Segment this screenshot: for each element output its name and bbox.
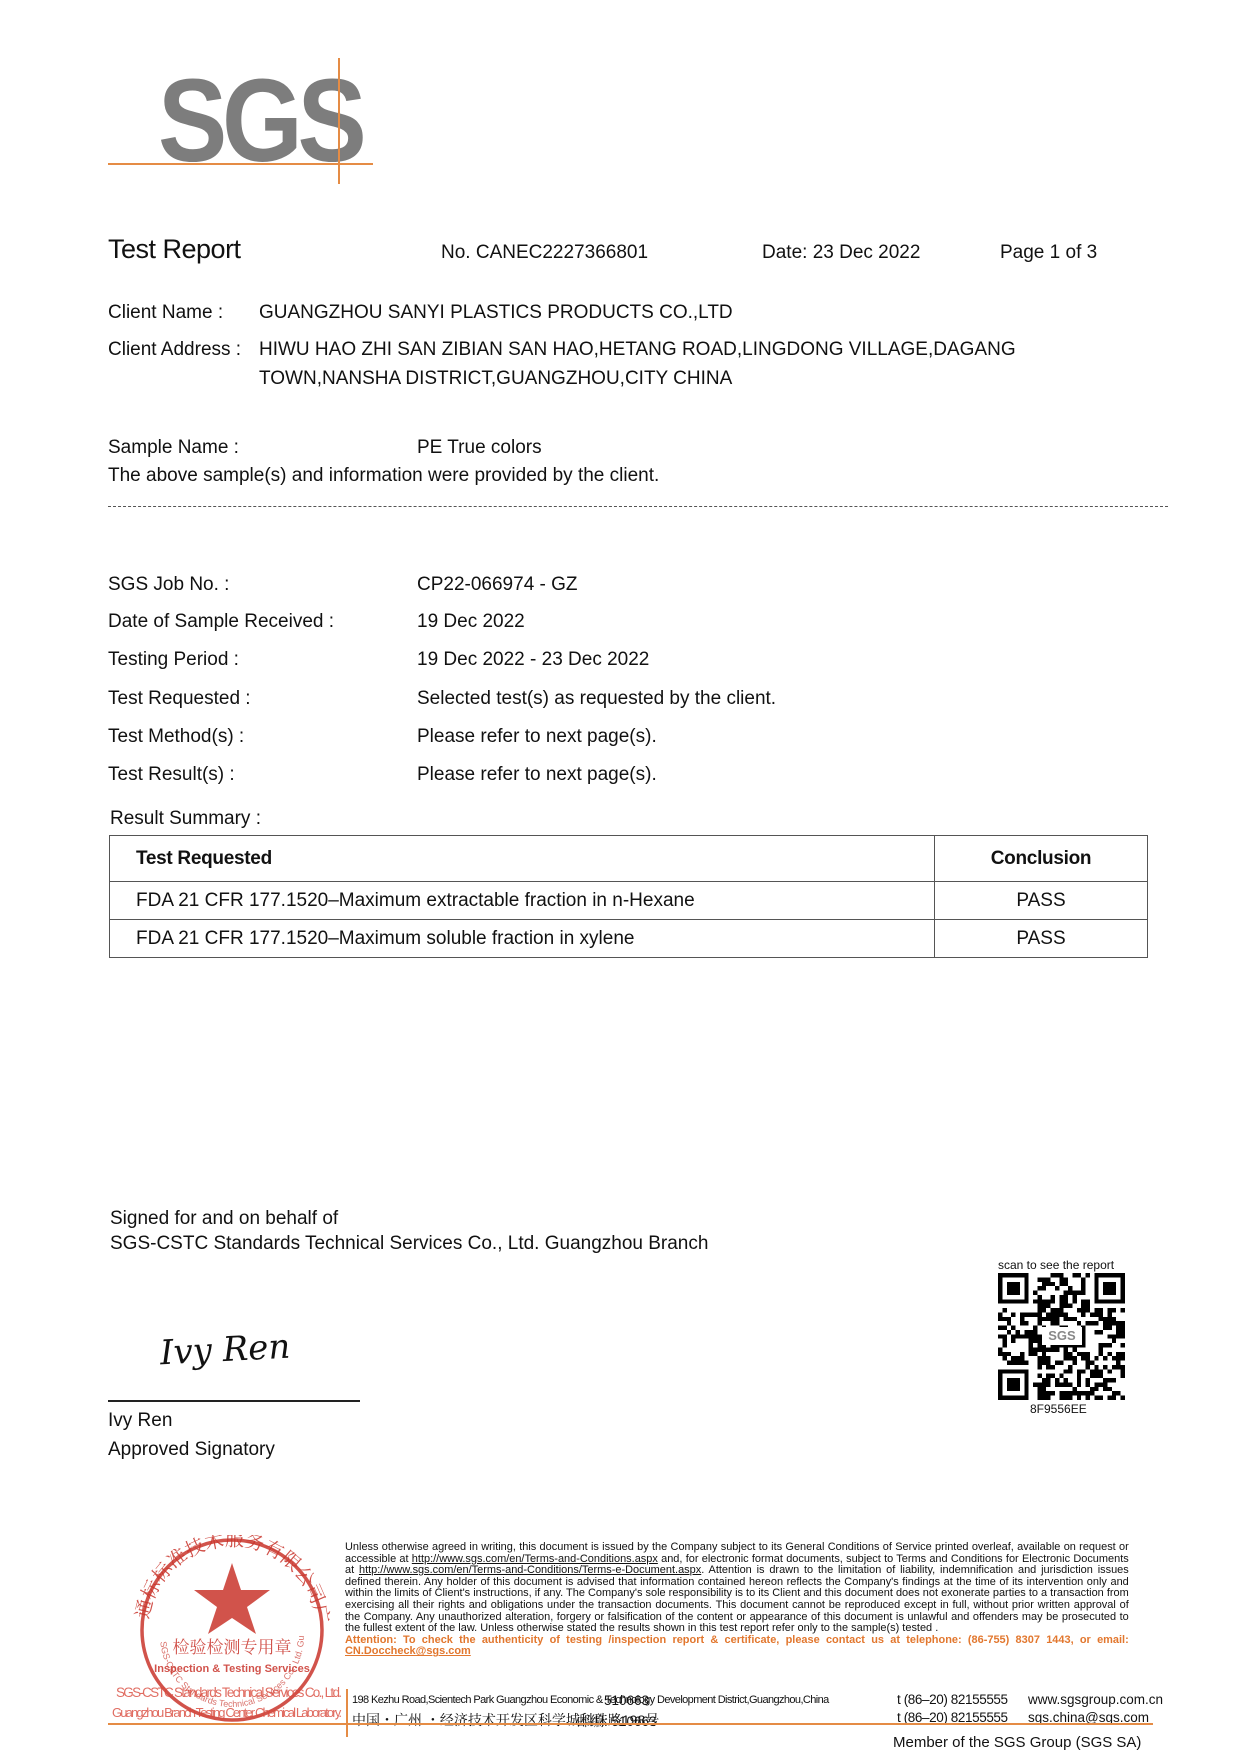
- stamp-line1: SGS-CSTC Standards Technical Services Co…: [116, 1685, 342, 1700]
- testing-period-value: 19 Dec 2022 - 23 Dec 2022: [417, 649, 649, 672]
- test-cell: FDA 21 CFR 177.1520–Maximum soluble frac…: [110, 920, 935, 958]
- qr-code-id: 8F9556EE: [1030, 1402, 1087, 1416]
- website[interactable]: www.sgsgroup.com.cn: [1028, 1692, 1163, 1707]
- signatory-name: Ivy Ren: [108, 1410, 172, 1433]
- testing-period-label: Testing Period :: [108, 649, 239, 672]
- official-stamp: 通标标准技术服务有限公司广州分公司 检验检测专用章 Inspection & T…: [110, 1535, 345, 1725]
- date-received-value: 19 Dec 2022: [417, 611, 525, 634]
- postcode-en: 510663: [604, 1693, 649, 1708]
- e-document-terms-link[interactable]: http://www.sgs.com/en/Terms-and-Conditio…: [359, 1564, 701, 1576]
- client-address-line2: TOWN,NANSHA DISTRICT,GUANGZHOU,CITY CHIN…: [259, 368, 732, 391]
- column-header-conclusion: Conclusion: [935, 836, 1148, 882]
- stamp-center-cn: 检验检测专用章: [173, 1637, 292, 1658]
- logo-accent-line-vertical: [338, 58, 340, 184]
- test-cell: FDA 21 CFR 177.1520–Maximum extractable …: [110, 882, 935, 920]
- column-header-test: Test Requested: [110, 836, 935, 882]
- member-statement: Member of the SGS Group (SGS SA): [893, 1734, 1141, 1751]
- test-methods-label: Test Method(s) :: [108, 726, 244, 749]
- table-header-row: Test Requested Conclusion: [110, 836, 1148, 882]
- test-results-label: Test Result(s) :: [108, 764, 235, 787]
- logo-accent-line-horizontal: [108, 163, 373, 165]
- footer-accent-vertical: [346, 1689, 348, 1737]
- qr-center-label: SGS: [1042, 1327, 1082, 1345]
- conclusion-cell: PASS: [935, 882, 1148, 920]
- phone-1: t (86–20) 82155555: [897, 1692, 1008, 1707]
- sample-name: PE True colors: [417, 437, 542, 460]
- test-methods-value: Please refer to next page(s).: [417, 726, 657, 749]
- terms-link[interactable]: http://www.sgs.com/en/Terms-and-Conditio…: [412, 1553, 658, 1565]
- job-no-label: SGS Job No. :: [108, 574, 229, 597]
- postcode-cn: 邮编: 510663: [577, 1710, 657, 1730]
- client-name: GUANGZHOU SANYI PLASTICS PRODUCTS CO.,LT…: [259, 302, 733, 325]
- client-address-line1: HIWU HAO ZHI SAN ZIBIAN SAN HAO,HETANG R…: [259, 339, 1016, 362]
- handwritten-signature: Ivy Ren: [159, 1327, 291, 1374]
- client-name-label: Client Name :: [108, 302, 223, 325]
- date-received-label: Date of Sample Received :: [108, 611, 334, 634]
- legal-disclaimer: Unless otherwise agreed in writing, this…: [345, 1542, 1129, 1658]
- qr-caption: scan to see the report: [998, 1258, 1114, 1272]
- address-en: 198 Kezhu Road,Scientech Park Guangzhou …: [352, 1694, 829, 1706]
- report-date: Date: 23 Dec 2022: [762, 242, 920, 264]
- authenticity-notice: Attention: To check the authenticity of …: [345, 1634, 1129, 1658]
- test-results-value: Please refer to next page(s).: [417, 764, 657, 787]
- signatory-title: Approved Signatory: [108, 1439, 275, 1462]
- signing-company: SGS-CSTC Standards Technical Services Co…: [110, 1233, 708, 1256]
- report-title: Test Report: [108, 234, 241, 265]
- result-summary-label: Result Summary :: [110, 808, 261, 831]
- result-summary-table: Test Requested Conclusion FDA 21 CFR 177…: [109, 835, 1148, 958]
- stamp-line2: Guangzhou Branch Testing Center Chemical…: [112, 1705, 342, 1720]
- sample-note: The above sample(s) and information were…: [108, 465, 659, 488]
- conclusion-cell: PASS: [935, 920, 1148, 958]
- signed-on-behalf: Signed for and on behalf of: [110, 1208, 338, 1231]
- client-address-label: Client Address :: [108, 339, 241, 362]
- attention-text: Attention: To check the authenticity of …: [345, 1634, 1129, 1646]
- signature-line: [108, 1400, 360, 1402]
- doccheck-email-link[interactable]: CN.Doccheck@sgs.com: [345, 1645, 471, 1657]
- table-row: FDA 21 CFR 177.1520–Maximum extractable …: [110, 882, 1148, 920]
- test-requested-value: Selected test(s) as requested by the cli…: [417, 688, 776, 711]
- sample-name-label: Sample Name :: [108, 437, 239, 460]
- footer-accent-horizontal: [108, 1723, 1153, 1725]
- page-indicator: Page 1 of 3: [1000, 242, 1097, 264]
- test-requested-label: Test Requested :: [108, 688, 251, 711]
- qr-code-icon[interactable]: SGS: [998, 1273, 1125, 1400]
- job-no-value: CP22-066974 - GZ: [417, 574, 578, 597]
- report-number: No. CANEC2227366801: [441, 242, 648, 264]
- table-row: FDA 21 CFR 177.1520–Maximum soluble frac…: [110, 920, 1148, 958]
- section-divider: [108, 506, 1168, 507]
